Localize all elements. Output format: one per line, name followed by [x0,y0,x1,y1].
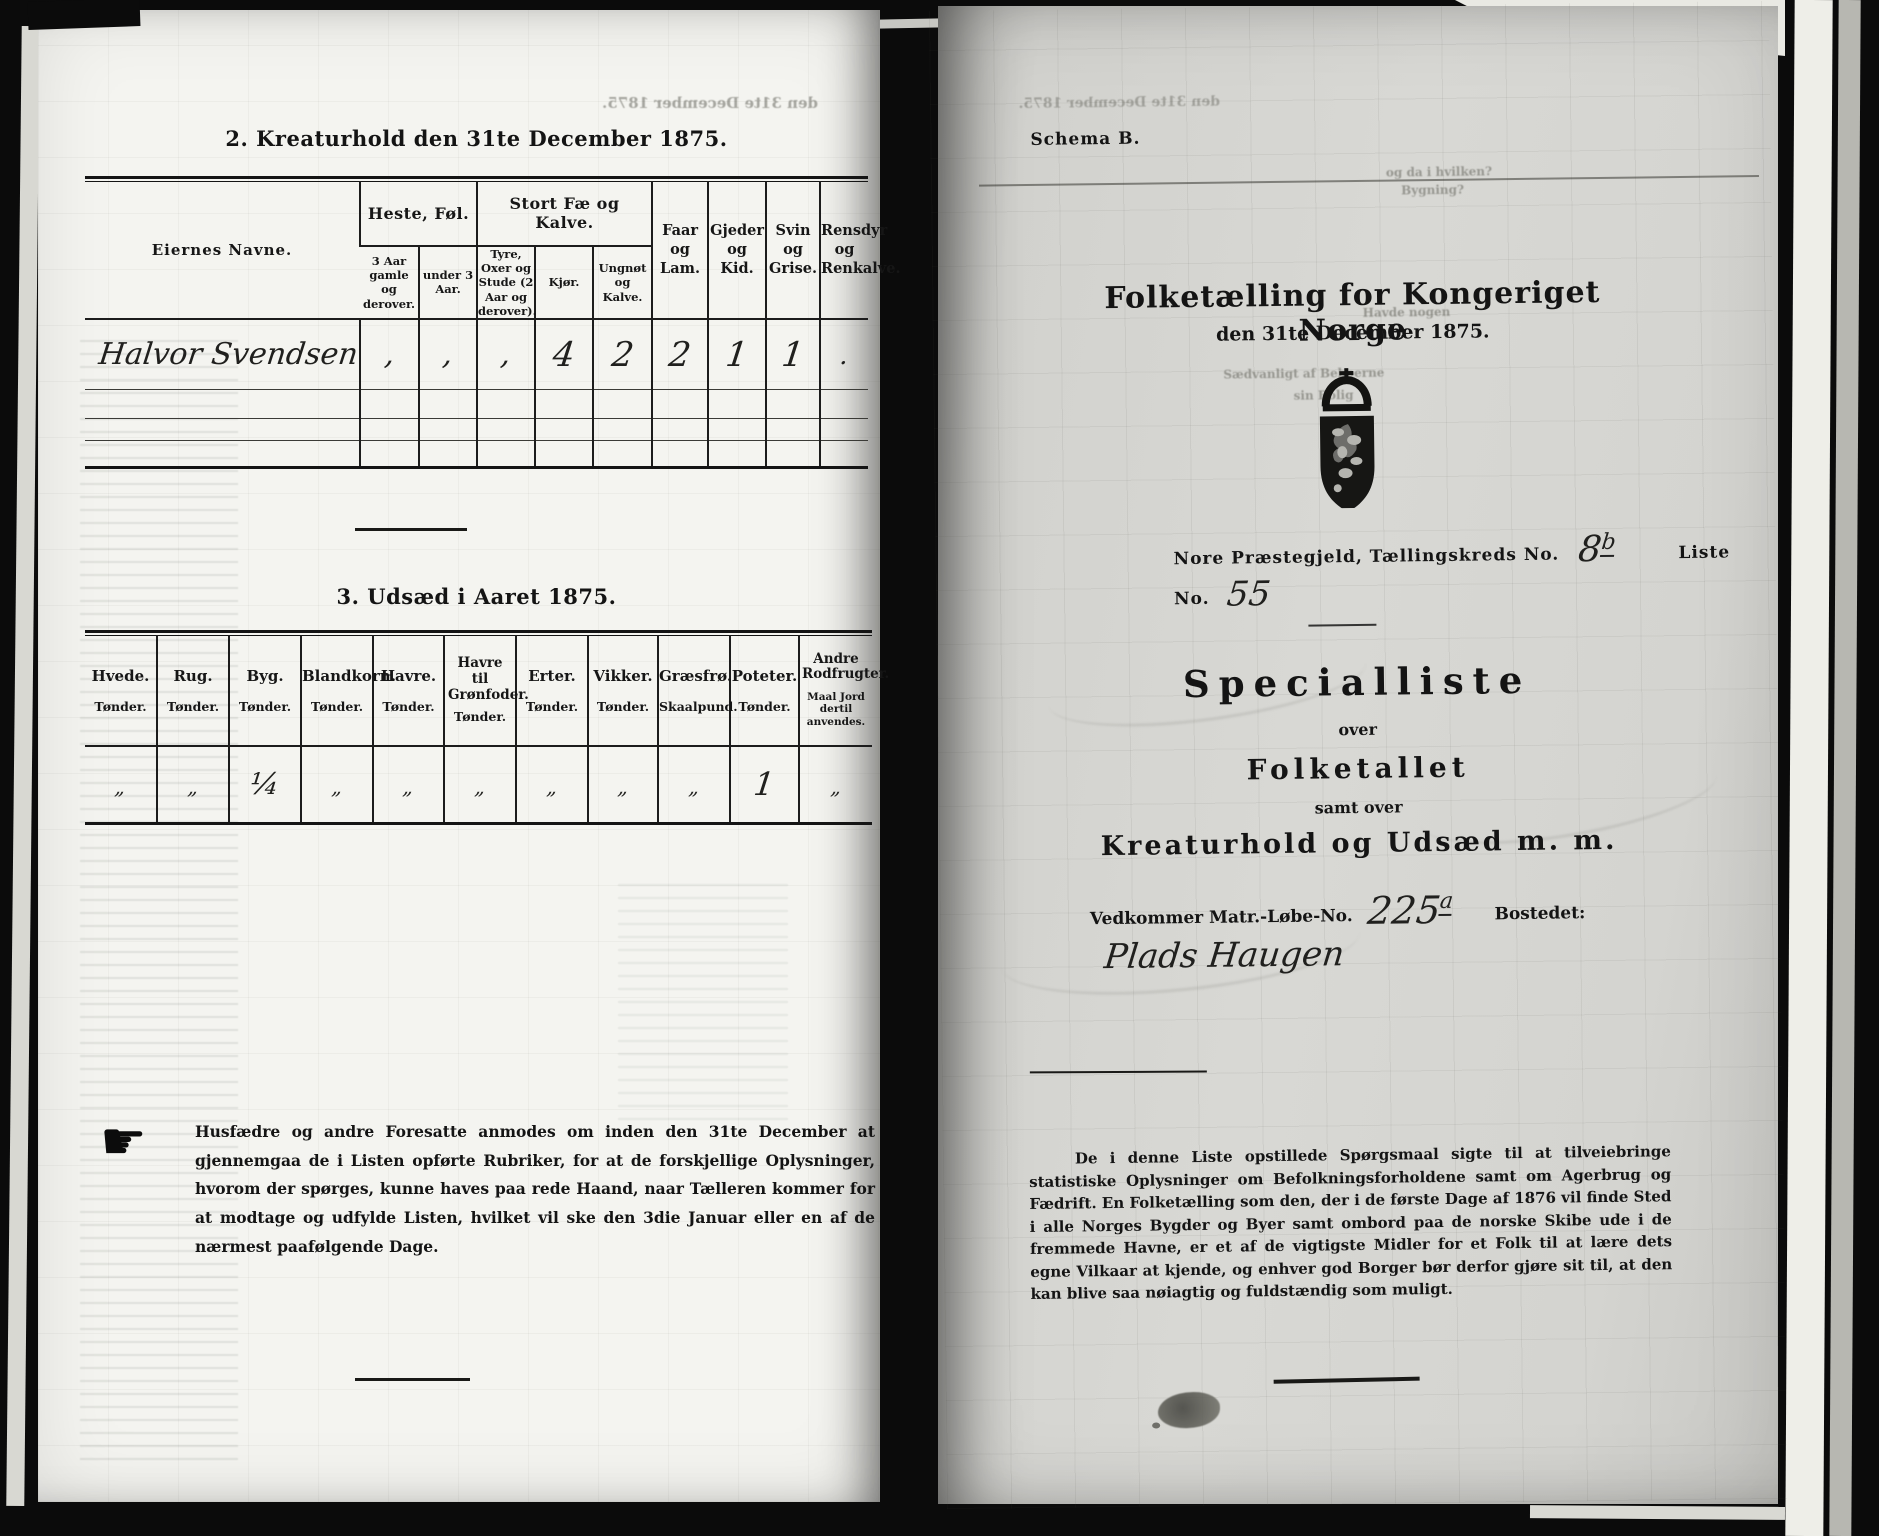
page-edge-bottom-right [1530,1505,1785,1520]
udsaed-table: Hvede.Tønder. Rug.Tønder. Byg.Tønder. Bl… [85,630,872,825]
kreaturhold-table: Eiernes Navne. Heste, Føl. Stort Fæ og K… [85,176,868,469]
small-rule [1308,624,1376,627]
col-header-vikker: Vikker.Tønder. [588,636,658,746]
col-header-havre: Havre.Tønder. [373,636,444,746]
value-hvede: „ [114,775,127,799]
bosted-label: Bostedet: [1494,903,1585,924]
col-header-havre-gronfoder: Havre til Grønfoder.Tønder. [444,636,516,746]
col-header-faar-lam: Faar og Lam. [652,182,708,320]
norwegian-coat-of-arms-icon [1311,368,1383,509]
special-title: Specialliste [1037,656,1677,708]
page-edge-left [6,26,39,1506]
value-havre-gronfoder: „ [473,775,486,799]
right-page-content: den 31te December 1875. Havde nogen Sædv… [929,1,1787,1509]
col-header-owner: Eiernes Navne. [85,182,360,320]
manicule-icon: ☛ [100,1112,147,1172]
value-havre: „ [402,775,415,799]
bleed-through-date: den 31te December 1875. [538,94,818,112]
col-header-byg: Byg.Tønder. [229,636,301,746]
empty-row [85,418,868,440]
value-graesfro: „ [687,775,700,799]
col-header-heste-3aar: 3 Aar gamle og derover. [360,246,419,320]
value-heste-3aar: , [383,337,397,372]
value-andre-rodfrugter: „ [829,775,842,799]
left-page: den 31te December 1875. 2. Kreaturhold d… [38,10,880,1502]
page-edge-right-gray [1829,0,1860,1536]
owner-name-handwritten: Halvor Svendsen [97,337,360,372]
kreaturhold-title: 2. Kreaturhold den 31te December 1875. [85,126,868,151]
bleed-through-text-column [618,880,788,1120]
col-header-andre-rodfrugter: Andre Rodfrugter.Maal Jord dertil anvend… [799,636,872,746]
page-edge-right-white [1785,0,1832,1536]
bleed-through-text-column [80,340,238,1460]
value-tyre: , [499,337,513,372]
kreaturhold-entry-row: Halvor Svendsen , , , 4 2 2 1 1 . [85,319,868,389]
value-gjeder-kid: 1 [724,335,751,375]
matr-number-handwritten: 225 [1365,888,1442,933]
col-header-heste-under3: under 3 Aar. [419,246,477,320]
district-line: Nore Præstegjeld, Tællingskreds No. 8b L… [1173,525,1734,613]
footer-divider-rule [355,1378,470,1381]
col-header-hvede: Hvede.Tønder. [85,636,157,746]
instructions-paragraph: De i denne Liste opstillede Spørgsmaal s… [1029,1140,1673,1305]
col-group-stort-fae: Stort Fæ og Kalve. [477,182,652,246]
bottom-rule [1274,1377,1420,1384]
col-header-svin-grise: Svin og Grise. [766,182,820,320]
printed-rule [979,175,1759,187]
kreaturhold-udsaed-label: Kreaturhold og Udsæd m. m. [1039,824,1679,863]
section-divider-rule [355,528,467,531]
value-rensdyr: . [839,341,851,371]
bosted-value-handwritten: Plads Haugen [1102,934,1346,977]
empty-row [85,440,868,467]
district-label: Nore Præstegjeld, Tællingskreds No. [1173,545,1559,570]
value-vikker: „ [616,775,629,799]
col-header-rensdyr: Rensdyr og Renkalve. [820,182,868,320]
schema-label: Schema B. [1030,129,1140,150]
udsaed-title: 3. Udsæd i Aaret 1875. [85,584,868,609]
col-header-blandkorn: Blandkorn.Tønder. [301,636,373,746]
value-byg: ¼ [248,767,281,802]
liste-number-handwritten: 55 [1224,574,1272,615]
district-number-suffix-handwritten: b [1600,530,1617,557]
value-kjor: 4 [551,335,578,375]
value-heste-under3: , [441,337,455,372]
value-poteter: 1 [752,765,777,803]
scan-corner-shadow [28,0,141,30]
coat-of-arms-svg [1311,368,1383,509]
value-rug: „ [186,775,199,799]
kreaturhold-table-grid: Eiernes Navne. Heste, Føl. Stort Fæ og K… [85,181,868,469]
col-header-ungnot-kalve: Ungnøt og Kalve. [593,246,652,320]
mid-rule [1030,1070,1207,1073]
udsaed-entry-row: „ „ ¼ „ „ „ „ „ „ 1 „ [85,746,872,824]
value-faar-lam: 2 [667,335,694,375]
matr-bosted-line: Vedkommer Matr.-Løbe-No. 225a Bostedet: … [1090,881,1731,973]
ink-blot [1158,1392,1220,1429]
matr-label: Vedkommer Matr.-Løbe-No. [1090,906,1353,929]
ink-blot-drop [1152,1422,1160,1428]
district-number-handwritten: 8 [1576,529,1603,570]
bleed-through-snippet: Bygning? [1401,183,1464,198]
col-header-rug: Rug.Tønder. [157,636,229,746]
footnote-text: Husfædre og andre Foresatte anmodes om i… [195,1118,875,1261]
udsaed-table-grid: Hvede.Tønder. Rug.Tønder. Byg.Tønder. Bl… [85,635,872,825]
footnote-block: ☛ Husfædre og andre Foresatte anmodes om… [100,1118,875,1261]
scanned-census-book: { "scan": { "hand_icon": "☛" }, "left_pa… [0,0,1879,1536]
col-header-gjeder-kid: Gjeder og Kid. [708,182,766,320]
right-page: den 31te December 1875. Havde nogen Sædv… [938,6,1778,1504]
value-ungnot: 2 [609,335,636,375]
col-header-graesfro: Græsfrø.Skaalpund. [658,636,730,746]
col-header-kjor: Kjør. [535,246,593,320]
value-svin-grise: 1 [780,335,807,375]
value-erter: „ [545,775,558,799]
matr-number-suffix-handwritten: a [1439,889,1455,916]
col-group-heste: Heste, Føl. [360,182,477,246]
col-header-tyre-oxer: Tyre, Oxer og Stude (2 Aar og derover). [477,246,535,320]
bleed-through-date: den 31te December 1875. [960,94,1220,113]
empty-row [85,389,868,418]
value-blandkorn: „ [330,775,343,799]
col-header-poteter: Poteter.Tønder. [730,636,799,746]
bleed-through-snippet: og da i hvilken? [1386,164,1492,179]
